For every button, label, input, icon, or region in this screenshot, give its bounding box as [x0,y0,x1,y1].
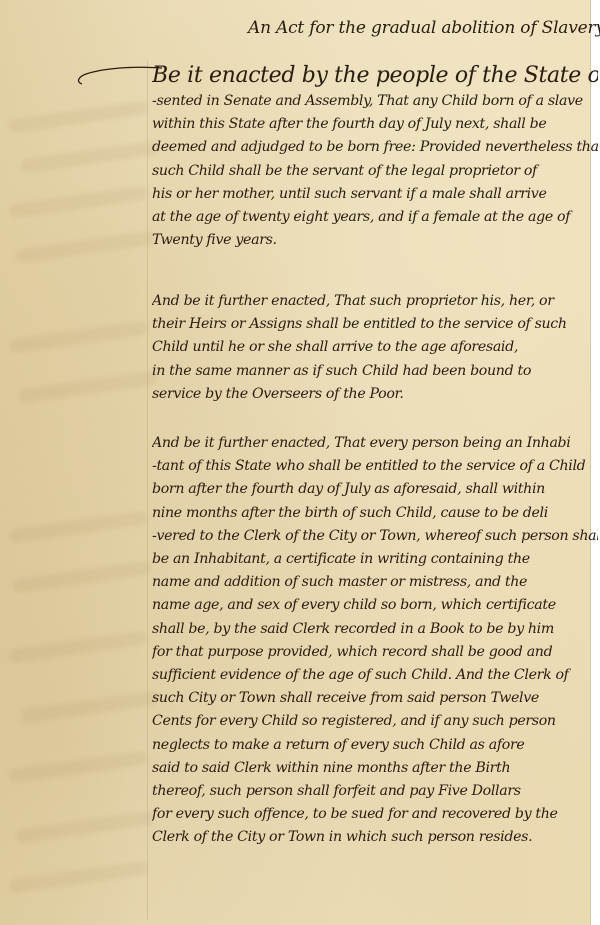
ink-bleed-through [8,510,149,543]
text-line: in the same manner as if such Child had … [152,360,598,383]
paragraph-3: And be it further enacted, That every pe… [152,432,598,850]
paragraph-2: And be it further enacted, That such pro… [152,290,598,406]
document-title: An Act for the gradual abolition of Slav… [248,18,600,38]
text-line: their Heirs or Assigns shall be entitled… [152,313,598,336]
ink-bleed-through [8,860,149,893]
text-line: Twenty five years. [152,229,598,252]
ink-bleed-through [20,140,161,173]
text-line: nine months after the birth of such Chil… [152,502,598,525]
pen-flourish-icon [74,62,164,92]
text-line: name age, and sex of every child so born… [152,594,598,617]
text-line: -sented in Senate and Assembly, That any… [152,90,598,113]
ink-bleed-through [12,560,153,593]
ink-bleed-through [8,100,149,133]
text-line: name and addition of such master or mist… [152,571,598,594]
text-line: said to said Clerk within nine months af… [152,757,598,780]
text-line: And be it further enacted, That every pe… [152,432,598,455]
margin-rule [147,60,148,920]
text-line: shall be, by the said Clerk recorded in … [152,618,598,641]
ink-bleed-through [18,370,159,403]
ink-bleed-through [15,230,156,263]
text-line: such City or Town shall receive from sai… [152,687,598,710]
text-line: within this State after the fourth day o… [152,113,598,136]
text-line: -tant of this State who shall be entitle… [152,455,598,478]
text-line: And be it further enacted, That such pro… [152,290,598,313]
text-line: sufficient evidence of the age of such C… [152,664,598,687]
ink-bleed-through [8,750,149,783]
text-line: for every such offence, to be sued for a… [152,803,598,826]
text-line: Be it enacted by the people of the State… [152,62,598,90]
ink-bleed-through [15,810,156,843]
text-line: born after the fourth day of July as afo… [152,478,598,501]
text-line: such Child shall be the servant of the l… [152,160,598,183]
text-line: deemed and adjudged to be born free: Pro… [152,136,598,159]
text-line: thereof, such person shall forfeit and p… [152,780,598,803]
manuscript-page: An Act for the gradual abolition of Slav… [0,0,591,925]
text-line: Clerk of the City or Town in which such … [152,826,598,849]
text-line: service by the Overseers of the Poor. [152,383,598,406]
text-line: his or her mother, until such servant if… [152,183,598,206]
text-line: -vered to the Clerk of the City or Town,… [152,525,598,548]
ink-bleed-through [20,690,161,723]
text-line: Cents for every Child so registered, and… [152,710,598,733]
ink-bleed-through [8,630,149,663]
ink-bleed-through [8,320,149,353]
text-line: for that purpose provided, which record … [152,641,598,664]
text-line: at the age of twenty eight years, and if… [152,206,598,229]
text-line: Child until he or she shall arrive to th… [152,336,598,359]
text-line: be an Inhabitant, a certificate in writi… [152,548,598,571]
paragraph-1: Be it enacted by the people of the State… [152,62,598,252]
text-line: neglects to make a return of every such … [152,734,598,757]
ink-bleed-through [8,185,149,218]
